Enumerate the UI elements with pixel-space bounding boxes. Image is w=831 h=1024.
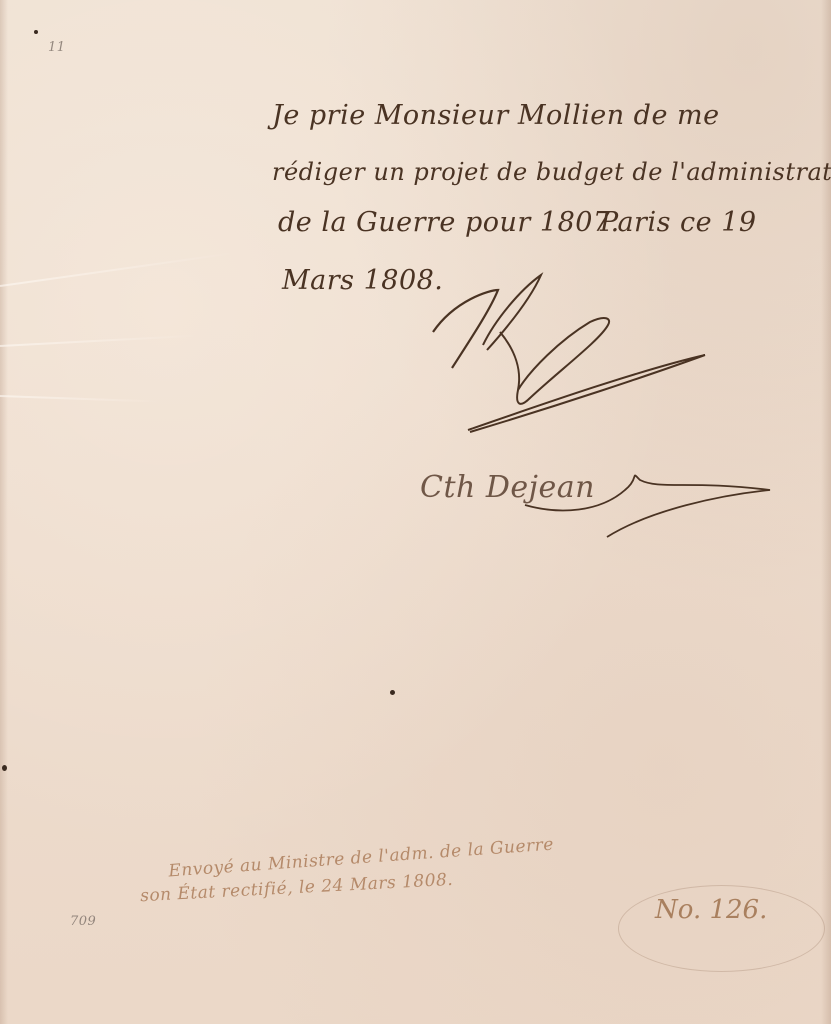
secretary-flourish bbox=[0, 0, 831, 1024]
pencil-note: 709 bbox=[70, 914, 96, 929]
letter-page: 11 Je prie Monsieur Mollien de me rédige… bbox=[0, 0, 831, 1024]
archive-number: No. 126. bbox=[655, 895, 767, 925]
